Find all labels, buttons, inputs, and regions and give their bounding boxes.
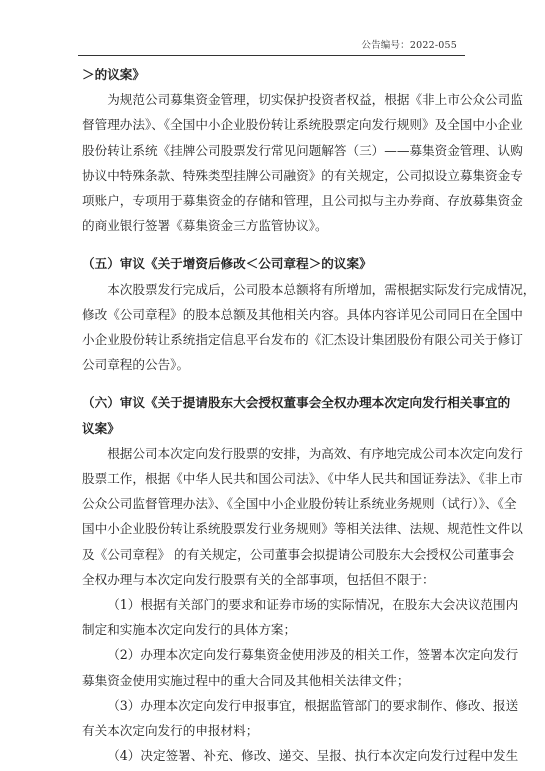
paragraph: 本次股票发行完成后，公司股本总额将有所增加，需根据实际发行完成情况，修改《公司章… bbox=[82, 277, 465, 378]
text-line: 及《公司章程》 的有关规定，公司董事会拟提请公司股东大会授权公司董事会 bbox=[82, 542, 465, 567]
text-line: 制定和实施本次定向发行的具体方案； bbox=[82, 617, 465, 642]
announcement-number: 公告编号：2022-055 bbox=[361, 37, 457, 51]
paragraph: 为规范公司募集资金管理，切实保护投资者权益，根据《非上市公众公司监督管理办法》、… bbox=[82, 87, 465, 238]
text-line: 协议中特殊条款、特殊类型挂牌公司融资》的有关规定，公司拟设立募集资金专 bbox=[82, 163, 465, 188]
text-line: ＞的议案》 bbox=[82, 62, 465, 87]
text-line: 有关本次定向发行的申报材料； bbox=[82, 718, 465, 743]
document-page: 公告编号：2022-055 ＞的议案》为规范公司募集资金管理，切实保护投资者权益… bbox=[0, 0, 545, 771]
section-heading: （五）审议《关于增资后修改＜公司章程＞的议案》 bbox=[82, 251, 465, 276]
text-line: （4）决定签署、补充、修改、递交、呈报、执行本次定向发行过程中发生 bbox=[82, 743, 465, 768]
paragraph: （4）决定签署、补充、修改、递交、呈报、执行本次定向发行过程中发生 bbox=[82, 743, 465, 768]
paragraph: （1）根据有关部门的要求和证券市场的实际情况，在股东大会决议范围内制定和实施本次… bbox=[82, 592, 465, 642]
text-line: 公司章程的公告》。 bbox=[82, 352, 465, 377]
text-line: （2）办理本次定向发行募集资金使用涉及的相关工作，签署本次定向发行 bbox=[82, 642, 465, 667]
text-line: 公众公司监督管理办法》、《全国中小企业股份转让系统业务规则（试行）》、《全 bbox=[82, 491, 465, 516]
text-line: （五）审议《关于增资后修改＜公司章程＞的议案》 bbox=[82, 251, 465, 276]
paragraph: 根据公司本次定向发行股票的安排，为高效、有序地完成公司本次定向发行股票工作，根据… bbox=[82, 441, 465, 592]
text-line: 全权办理与本次定向发行股票有关的全部事项，包括但不限于： bbox=[82, 567, 465, 592]
section-gap bbox=[82, 238, 465, 251]
text-line: 督管理办法》、《全国中小企业股份转让系统股票定向发行规则》及全国中小企业 bbox=[82, 112, 465, 137]
header-divider bbox=[78, 55, 465, 56]
text-line: （1）根据有关部门的要求和证券市场的实际情况，在股东大会决议范围内 bbox=[82, 592, 465, 617]
text-line: 项账户，专项用于募集资金的存储和管理，且公司拟与主办券商、存放募集资金 bbox=[82, 188, 465, 213]
paragraph: （3）办理本次定向发行申报事宜，根据监管部门的要求制作、修改、报送有关本次定向发… bbox=[82, 693, 465, 743]
text-line: 为规范公司募集资金管理，切实保护投资者权益，根据《非上市公众公司监 bbox=[82, 87, 465, 112]
text-line: 股票工作，根据《中华人民共和国公司法》、《中华人民共和国证券法》、《非上市 bbox=[82, 466, 465, 491]
section-heading: （六）审议《关于提请股东大会授权董事会全权办理本次定向发行相关事宜的议案》 bbox=[82, 390, 465, 440]
text-line: 议案》 bbox=[82, 416, 465, 441]
text-line: 根据公司本次定向发行股票的安排，为高效、有序地完成公司本次定向发行 bbox=[82, 441, 465, 466]
text-line: 的商业银行签署《募集资金三方监管协议》。 bbox=[82, 213, 465, 238]
text-line: 股份转让系统《挂牌公司股票发行常见问题解答（三）——募集资金管理、认购 bbox=[82, 138, 465, 163]
text-line: 小企业股份转让系统指定信息平台发布的《汇杰设计集团股份有限公司关于修订 bbox=[82, 327, 465, 352]
paragraph: （2）办理本次定向发行募集资金使用涉及的相关工作，签署本次定向发行募集资金使用实… bbox=[82, 642, 465, 692]
text-line: 募集资金使用实施过程中的重大合同及其他相关法律文件； bbox=[82, 668, 465, 693]
text-line: 国中小企业股份转让系统股票发行业务规则》等相关法律、法规、规范性文件以 bbox=[82, 516, 465, 541]
document-body: ＞的议案》为规范公司募集资金管理，切实保护投资者权益，根据《非上市公众公司监督管… bbox=[82, 62, 465, 768]
text-line: （六）审议《关于提请股东大会授权董事会全权办理本次定向发行相关事宜的 bbox=[82, 390, 465, 415]
section-heading: ＞的议案》 bbox=[82, 62, 465, 87]
text-line: 修改《公司章程》的股本总额及其他相关内容。具体内容详见公司同日在全国中 bbox=[82, 302, 465, 327]
text-line: （3）办理本次定向发行申报事宜，根据监管部门的要求制作、修改、报送 bbox=[82, 693, 465, 718]
text-line: 本次股票发行完成后，公司股本总额将有所增加，需根据实际发行完成情况， bbox=[82, 277, 465, 302]
section-gap bbox=[82, 377, 465, 390]
